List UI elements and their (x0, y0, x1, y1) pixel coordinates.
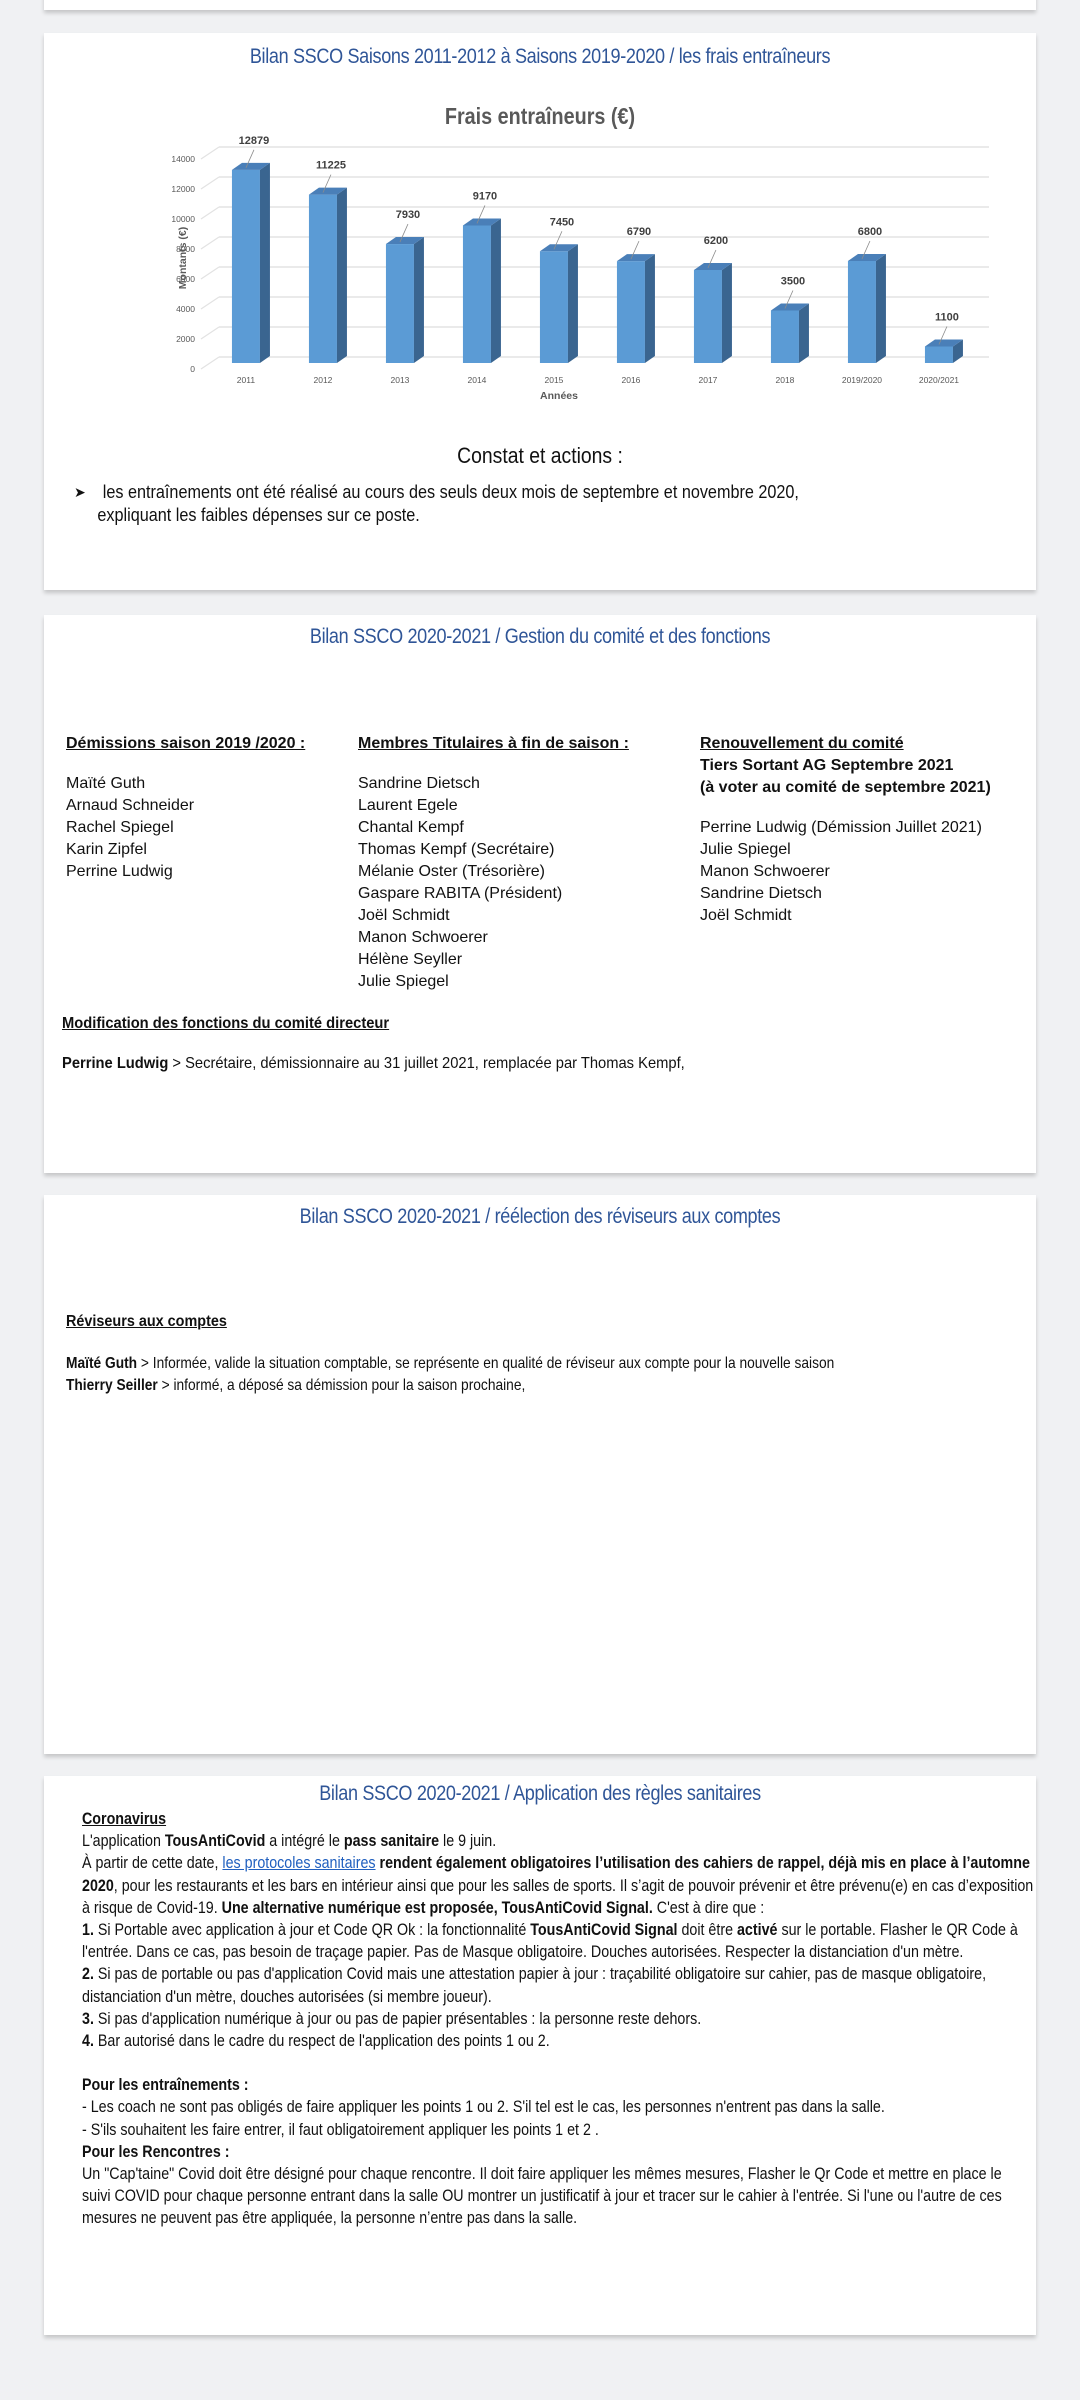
bullet-line-1: les entraînements ont été réalisé au cou… (74, 481, 1024, 504)
text: C'est à dire que : (653, 1899, 764, 1917)
svg-text:10000: 10000 (171, 214, 195, 224)
rule-2: 2. Si pas de portable ou pas d'applicati… (82, 1963, 1034, 2007)
membres-header: Membres Titulaires à fin de saison : (358, 733, 629, 755)
constat-title: Constat et actions : (104, 443, 977, 469)
reviseur-line: Thierry Seiller > informé, a déposé sa d… (66, 1375, 834, 1397)
chart-title: Frais entraîneurs (€) (113, 103, 966, 130)
bar (232, 170, 260, 363)
svg-text:0: 0 (190, 364, 195, 374)
text: Pour les Rencontres : (82, 2143, 230, 2161)
entrainements-item: - S'ils souhaitent les faire entrer, il … (82, 2119, 1034, 2141)
modification-text: > Secrétaire, démissionnaire au 31 juill… (168, 1055, 684, 1072)
reviseur-name: Thierry Seiller (66, 1377, 158, 1394)
renouvellement-name: Julie Spiegel (700, 839, 991, 861)
slide-title: Bilan SSCO Saisons 2011-2012 à Saisons 2… (113, 45, 966, 69)
rule-1: 1. Si Portable avec application à jour e… (82, 1919, 1034, 1963)
rencontres-header: Pour les Rencontres : (82, 2141, 1034, 2163)
svg-text:6790: 6790 (627, 226, 651, 238)
svg-text:2012: 2012 (313, 375, 332, 385)
bar (386, 244, 414, 363)
bar (540, 251, 568, 363)
membre-name: Manon Schwoerer (358, 927, 629, 949)
membre-name: Chantal Kempf (358, 817, 629, 839)
rule-3: 3. Si pas d'application numérique à jour… (82, 2008, 1034, 2030)
renouvellement-name: Perrine Ludwig (Démission Juillet 2021) (700, 817, 991, 839)
demissions-header: Démissions saison 2019 /2020 : (66, 733, 305, 755)
text: TousAntiCovid (165, 1832, 265, 1850)
svg-text:Montants (€): Montants (€) (177, 227, 189, 289)
slide-regles-sanitaires: Bilan SSCO 2020-2021 / Application des r… (44, 1776, 1036, 2335)
protocoles-sanitaires-link[interactable]: les protocoles sanitaires (222, 1854, 375, 1872)
membre-name: Gaspare RABITA (Président) (358, 883, 629, 905)
svg-text:11225: 11225 (316, 160, 346, 172)
paragraph-protocoles: À partir de cette date, les protocoles s… (82, 1852, 1034, 1919)
membres-column: Membres Titulaires à fin de saison : San… (358, 733, 629, 993)
bar (925, 347, 953, 364)
text: Une alternative numérique est proposée, … (222, 1899, 653, 1917)
demissions-column: Démissions saison 2019 /2020 : Maïté Gut… (66, 733, 305, 883)
svg-text:12879: 12879 (239, 135, 270, 147)
paragraph-pass: L'application TousAntiCovid a intégré le… (82, 1830, 1034, 1852)
text: TousAntiCovid Signal (530, 1921, 677, 1939)
reviseur-line: Maïté Guth > Informée, valide la situati… (66, 1353, 834, 1375)
renouvellement-list: Perrine Ludwig (Démission Juillet 2021)J… (700, 817, 991, 927)
modification-line: Perrine Ludwig > Secrétaire, démissionna… (62, 1055, 685, 1073)
svg-text:2015: 2015 (544, 375, 563, 385)
svg-text:7930: 7930 (396, 209, 420, 221)
svg-text:14000: 14000 (171, 154, 195, 164)
text: Si Portable avec application à jour et C… (94, 1921, 530, 1939)
text: Si pas d'application numérique à jour ou… (94, 2010, 701, 2028)
svg-text:2018: 2018 (775, 375, 794, 385)
renouvellement-column: Renouvellement du comité Tiers Sortant A… (700, 733, 991, 927)
text: a intégré le (265, 1832, 344, 1850)
membre-name: Sandrine Dietsch (358, 773, 629, 795)
bar (463, 225, 491, 363)
membre-name: Mélanie Oster (Trésorière) (358, 861, 629, 883)
reviseurs-lines: Maïté Guth > Informée, valide la situati… (66, 1353, 834, 1397)
demission-name: Rachel Spiegel (66, 817, 305, 839)
svg-text:3500: 3500 (781, 276, 805, 288)
slide-reviseurs: Bilan SSCO 2020-2021 / réélection des ré… (44, 1195, 1036, 1754)
svg-text:6200: 6200 (704, 235, 728, 247)
svg-text:9170: 9170 (473, 190, 497, 202)
renouvellement-header: Renouvellement du comité (700, 733, 991, 755)
renouvellement-sub-2: (à voter au comité de septembre 2021) (700, 777, 991, 799)
text: activé (737, 1921, 777, 1939)
text: À partir de cette date, (82, 1854, 222, 1872)
bar (309, 195, 337, 363)
constat-bullet: ➤ les entraînements ont été réalisé au c… (74, 481, 1014, 527)
coronavirus-header: Coronavirus (82, 1808, 1034, 1830)
reviseurs-header: Réviseurs aux comptes (66, 1313, 227, 1331)
bullet-line-2: expliquant les faibles dépenses sur ce p… (74, 504, 920, 527)
slide-title: Bilan SSCO 2020-2021 / réélection des ré… (113, 1205, 966, 1229)
bar (617, 261, 645, 363)
modification-name: Perrine Ludwig (62, 1055, 168, 1072)
bar (771, 311, 799, 364)
bar (848, 261, 876, 363)
text: L'application (82, 1832, 165, 1850)
demission-name: Perrine Ludwig (66, 861, 305, 883)
entrainements-item: - Les coach ne sont pas obligés de faire… (82, 2096, 1034, 2118)
svg-text:2014: 2014 (467, 375, 486, 385)
rule-number: 3. (82, 2010, 94, 2028)
rule-number: 2. (82, 1965, 94, 1983)
text: pass sanitaire (344, 1832, 439, 1850)
svg-text:12000: 12000 (171, 184, 195, 194)
svg-text:2013: 2013 (390, 375, 409, 385)
svg-text:1100: 1100 (935, 312, 959, 324)
text: Pour les entraînements : (82, 2076, 249, 2094)
slide-title: Bilan SSCO 2020-2021 / Gestion du comité… (113, 625, 966, 649)
demission-name: Karin Zipfel (66, 839, 305, 861)
svg-text:2011: 2011 (237, 375, 256, 385)
demission-name: Arnaud Schneider (66, 795, 305, 817)
demissions-list: Maïté GuthArnaud SchneiderRachel Spiegel… (66, 773, 305, 883)
modification-header: Modification des fonctions du comité dir… (62, 1015, 389, 1033)
rule-number: 1. (82, 1921, 94, 1939)
rule-4: 4. Bar autorisé dans le cadre du respect… (82, 2030, 1034, 2052)
svg-text:4000: 4000 (176, 304, 195, 314)
rule-number: 4. (82, 2032, 94, 2050)
svg-text:6800: 6800 (858, 226, 882, 238)
text: le 9 juin. (439, 1832, 496, 1850)
svg-text:2000: 2000 (176, 334, 195, 344)
membre-name: Thomas Kempf (Secrétaire) (358, 839, 629, 861)
svg-text:2020/2021: 2020/2021 (919, 375, 959, 385)
text: Bar autorisé dans le cadre du respect de… (94, 2032, 550, 2050)
svg-text:2016: 2016 (621, 375, 640, 385)
bar (694, 270, 722, 363)
reviseur-text: > Informée, valide la situation comptabl… (137, 1355, 834, 1372)
entrainements-header: Pour les entraînements : (82, 2074, 1034, 2096)
text: Si pas de portable ou pas d'application … (82, 1965, 986, 2005)
membre-name: Julie Spiegel (358, 971, 629, 993)
renouvellement-sub-1: Tiers Sortant AG Septembre 2021 (700, 755, 991, 777)
slide-title: Bilan SSCO 2020-2021 / Application des r… (113, 1782, 966, 1806)
svg-text:Années: Années (540, 390, 578, 402)
svg-text:2019/2020: 2019/2020 (842, 375, 882, 385)
svg-text:7450: 7450 (550, 216, 574, 228)
spacer (82, 2052, 1034, 2074)
demission-name: Maïté Guth (66, 773, 305, 795)
renouvellement-name: Manon Schwoerer (700, 861, 991, 883)
svg-text:2017: 2017 (698, 375, 717, 385)
sanitaire-body: Coronavirus L'application TousAntiCovid … (82, 1808, 1034, 2230)
bar-chart: 02000400060008000100001200014000Montants… (124, 133, 1004, 433)
previous-slide-card (44, 0, 1036, 10)
rencontres-text: Un "Cap'taine" Covid doit être désigné p… (82, 2163, 1034, 2230)
renouvellement-name: Sandrine Dietsch (700, 883, 991, 905)
membre-name: Laurent Egele (358, 795, 629, 817)
slide-gestion-comite: Bilan SSCO 2020-2021 / Gestion du comité… (44, 615, 1036, 1173)
text: doit être (677, 1921, 737, 1939)
membre-name: Joël Schmidt (358, 905, 629, 927)
slide-frais-entraineurs: Bilan SSCO Saisons 2011-2012 à Saisons 2… (44, 33, 1036, 590)
membres-list: Sandrine DietschLaurent EgeleChantal Kem… (358, 773, 629, 993)
reviseur-text: > informé, a déposé sa démission pour la… (158, 1377, 526, 1394)
membre-name: Hélène Seyller (358, 949, 629, 971)
renouvellement-name: Joël Schmidt (700, 905, 991, 927)
reviseur-name: Maïté Guth (66, 1355, 137, 1372)
